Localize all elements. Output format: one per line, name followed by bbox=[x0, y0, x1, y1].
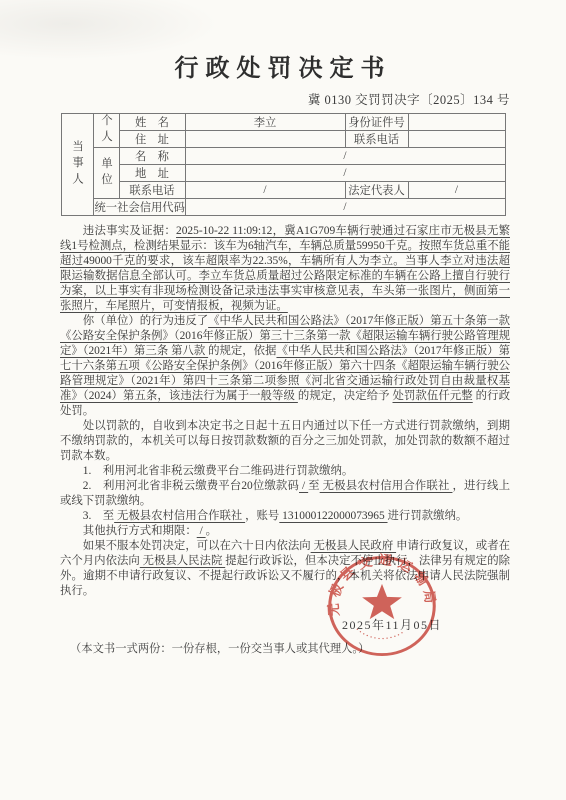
filled-in-text: 无极县农村信用合作联社 bbox=[320, 480, 453, 492]
unit-phone-value: / bbox=[185, 182, 345, 199]
table-row: 联系电话 / 法定代表人 / bbox=[61, 182, 505, 199]
scan-artifact bbox=[0, 0, 220, 60]
address-value bbox=[185, 131, 345, 148]
unit-name-value: / bbox=[185, 148, 505, 165]
text-segment: 你（单位）的行为违反了 bbox=[83, 315, 208, 327]
legal-rep-label: 法定代表人 bbox=[345, 182, 408, 199]
unit-label-cell: 单位 bbox=[93, 148, 119, 199]
document-page: 行政处罚决定书 冀 0130 交罚罚决字〔2025〕134 号 当事人 个人 姓… bbox=[0, 0, 566, 800]
name-value: 李立 bbox=[185, 114, 345, 131]
text-segment: 的规定，依据 bbox=[208, 345, 276, 357]
text-segment: 1. 利用河北省非税云缴费平台二维码进行罚款缴纳。 bbox=[83, 465, 354, 477]
table-row: 住 址 联系电话 bbox=[61, 131, 505, 148]
table-row: 单位 名 称 / bbox=[61, 148, 505, 165]
filled-in-text: 无极县人民政府 bbox=[311, 540, 396, 552]
body-paragraph: 违法事实及证据：2025-10-22 11:09:12，冀A1G709车辆行驶通… bbox=[60, 224, 510, 314]
id-value bbox=[408, 114, 505, 131]
body-paragraph: 其他执行方式和期限： / 。 bbox=[60, 524, 510, 539]
text-segment: 违法事实及证据： bbox=[83, 225, 176, 237]
text-segment: 。 bbox=[206, 525, 217, 537]
phone-value bbox=[408, 131, 505, 148]
text-segment: 至 bbox=[308, 480, 320, 492]
party-label-cell: 当事人 bbox=[61, 114, 93, 216]
body-paragraph: 如果不服本处罚决定，可以在六十日内依法向 无极县人民政府 申请行政复议，或者在六… bbox=[60, 539, 510, 599]
text-segment: 如果不服本处罚决定，可以在六十日内依法向 bbox=[83, 540, 311, 552]
text-segment: 其他执行方式和期限： bbox=[83, 525, 197, 537]
filled-in-text: 2025-10-22 11:09:12，冀A1G709车辆行驶通过石家庄市无极县… bbox=[60, 225, 510, 312]
unit-address-value: / bbox=[185, 165, 505, 182]
legal-rep-value: / bbox=[408, 182, 505, 199]
phone-label: 联系电话 bbox=[345, 131, 408, 148]
table-row: 当事人 个人 姓 名 李立 身份证件号 bbox=[61, 114, 505, 131]
filled-in-text: 无极县人民法院 bbox=[140, 555, 225, 567]
address-label: 住 址 bbox=[119, 131, 185, 148]
seal-star-icon bbox=[362, 584, 402, 619]
official-seal: 无极县交通运输局 ••••••••••••• bbox=[325, 553, 439, 659]
doc-number: 冀 0130 交罚罚决字〔2025〕134 号 bbox=[0, 90, 566, 108]
unit-address-label: 地 址 bbox=[119, 165, 185, 182]
svg-text:•••••••••••••: ••••••••••••• bbox=[354, 627, 407, 642]
individual-label-cell: 个人 bbox=[93, 114, 119, 148]
filled-in-text: 无极县农村信用合作联社 bbox=[114, 510, 245, 522]
body-paragraphs: 违法事实及证据：2025-10-22 11:09:12，冀A1G709车辆行驶通… bbox=[0, 216, 566, 599]
credit-code-value: / bbox=[185, 199, 505, 216]
table-row: 地 址 / bbox=[61, 165, 505, 182]
name-label: 姓 名 bbox=[119, 114, 185, 131]
body-paragraph: 你（单位）的行为违反了《中华人民共和国公路法》（2017年修正版）第五十条第一款… bbox=[60, 314, 510, 419]
seal-code-marks: ••••••••••••• bbox=[354, 627, 407, 642]
filled-in-text: / bbox=[299, 480, 308, 492]
body-paragraph: 1. 利用河北省非税云缴费平台二维码进行罚款缴纳。 bbox=[60, 464, 510, 479]
credit-code-label: 统一社会信用代码 bbox=[93, 199, 185, 216]
filled-in-text: 处罚款伍仟元整 bbox=[393, 390, 473, 402]
party-info-table: 当事人 个人 姓 名 李立 身份证件号 住 址 联系电话 单位 名 称 / 地 … bbox=[61, 113, 506, 216]
table-row: 统一社会信用代码 / bbox=[61, 199, 505, 216]
body-paragraph: 3. 至 无极县农村信用合作联社 ，账号 131000122000073965 … bbox=[60, 509, 510, 524]
text-segment: 进行罚款缴纳。 bbox=[388, 510, 468, 522]
unit-name-label: 名 称 bbox=[119, 148, 185, 165]
unit-phone-label: 联系电话 bbox=[119, 182, 185, 199]
text-segment: 的规定，决定给予 bbox=[298, 390, 393, 402]
text-segment: 3. 至 bbox=[83, 510, 114, 522]
text-segment: ，账号 bbox=[245, 510, 279, 522]
text-segment: 2. 利用河北省非税云缴费平台20位缴款码 bbox=[83, 480, 299, 492]
filled-in-text: / bbox=[197, 525, 206, 537]
body-paragraph: 2. 利用河北省非税云缴费平台20位缴款码 / 至 无极县农村信用合作联社 ，进… bbox=[60, 479, 510, 509]
filled-in-text: 131000122000073965 bbox=[279, 510, 387, 522]
id-label: 身份证件号 bbox=[345, 114, 408, 131]
text-segment: 处以罚款的，自收到本决定书之日起十五日内通过以下任一方式进行罚款缴纳，到期不缴纳… bbox=[60, 420, 510, 462]
body-paragraph: 处以罚款的，自收到本决定书之日起十五日内通过以下任一方式进行罚款缴纳，到期不缴纳… bbox=[60, 419, 510, 464]
